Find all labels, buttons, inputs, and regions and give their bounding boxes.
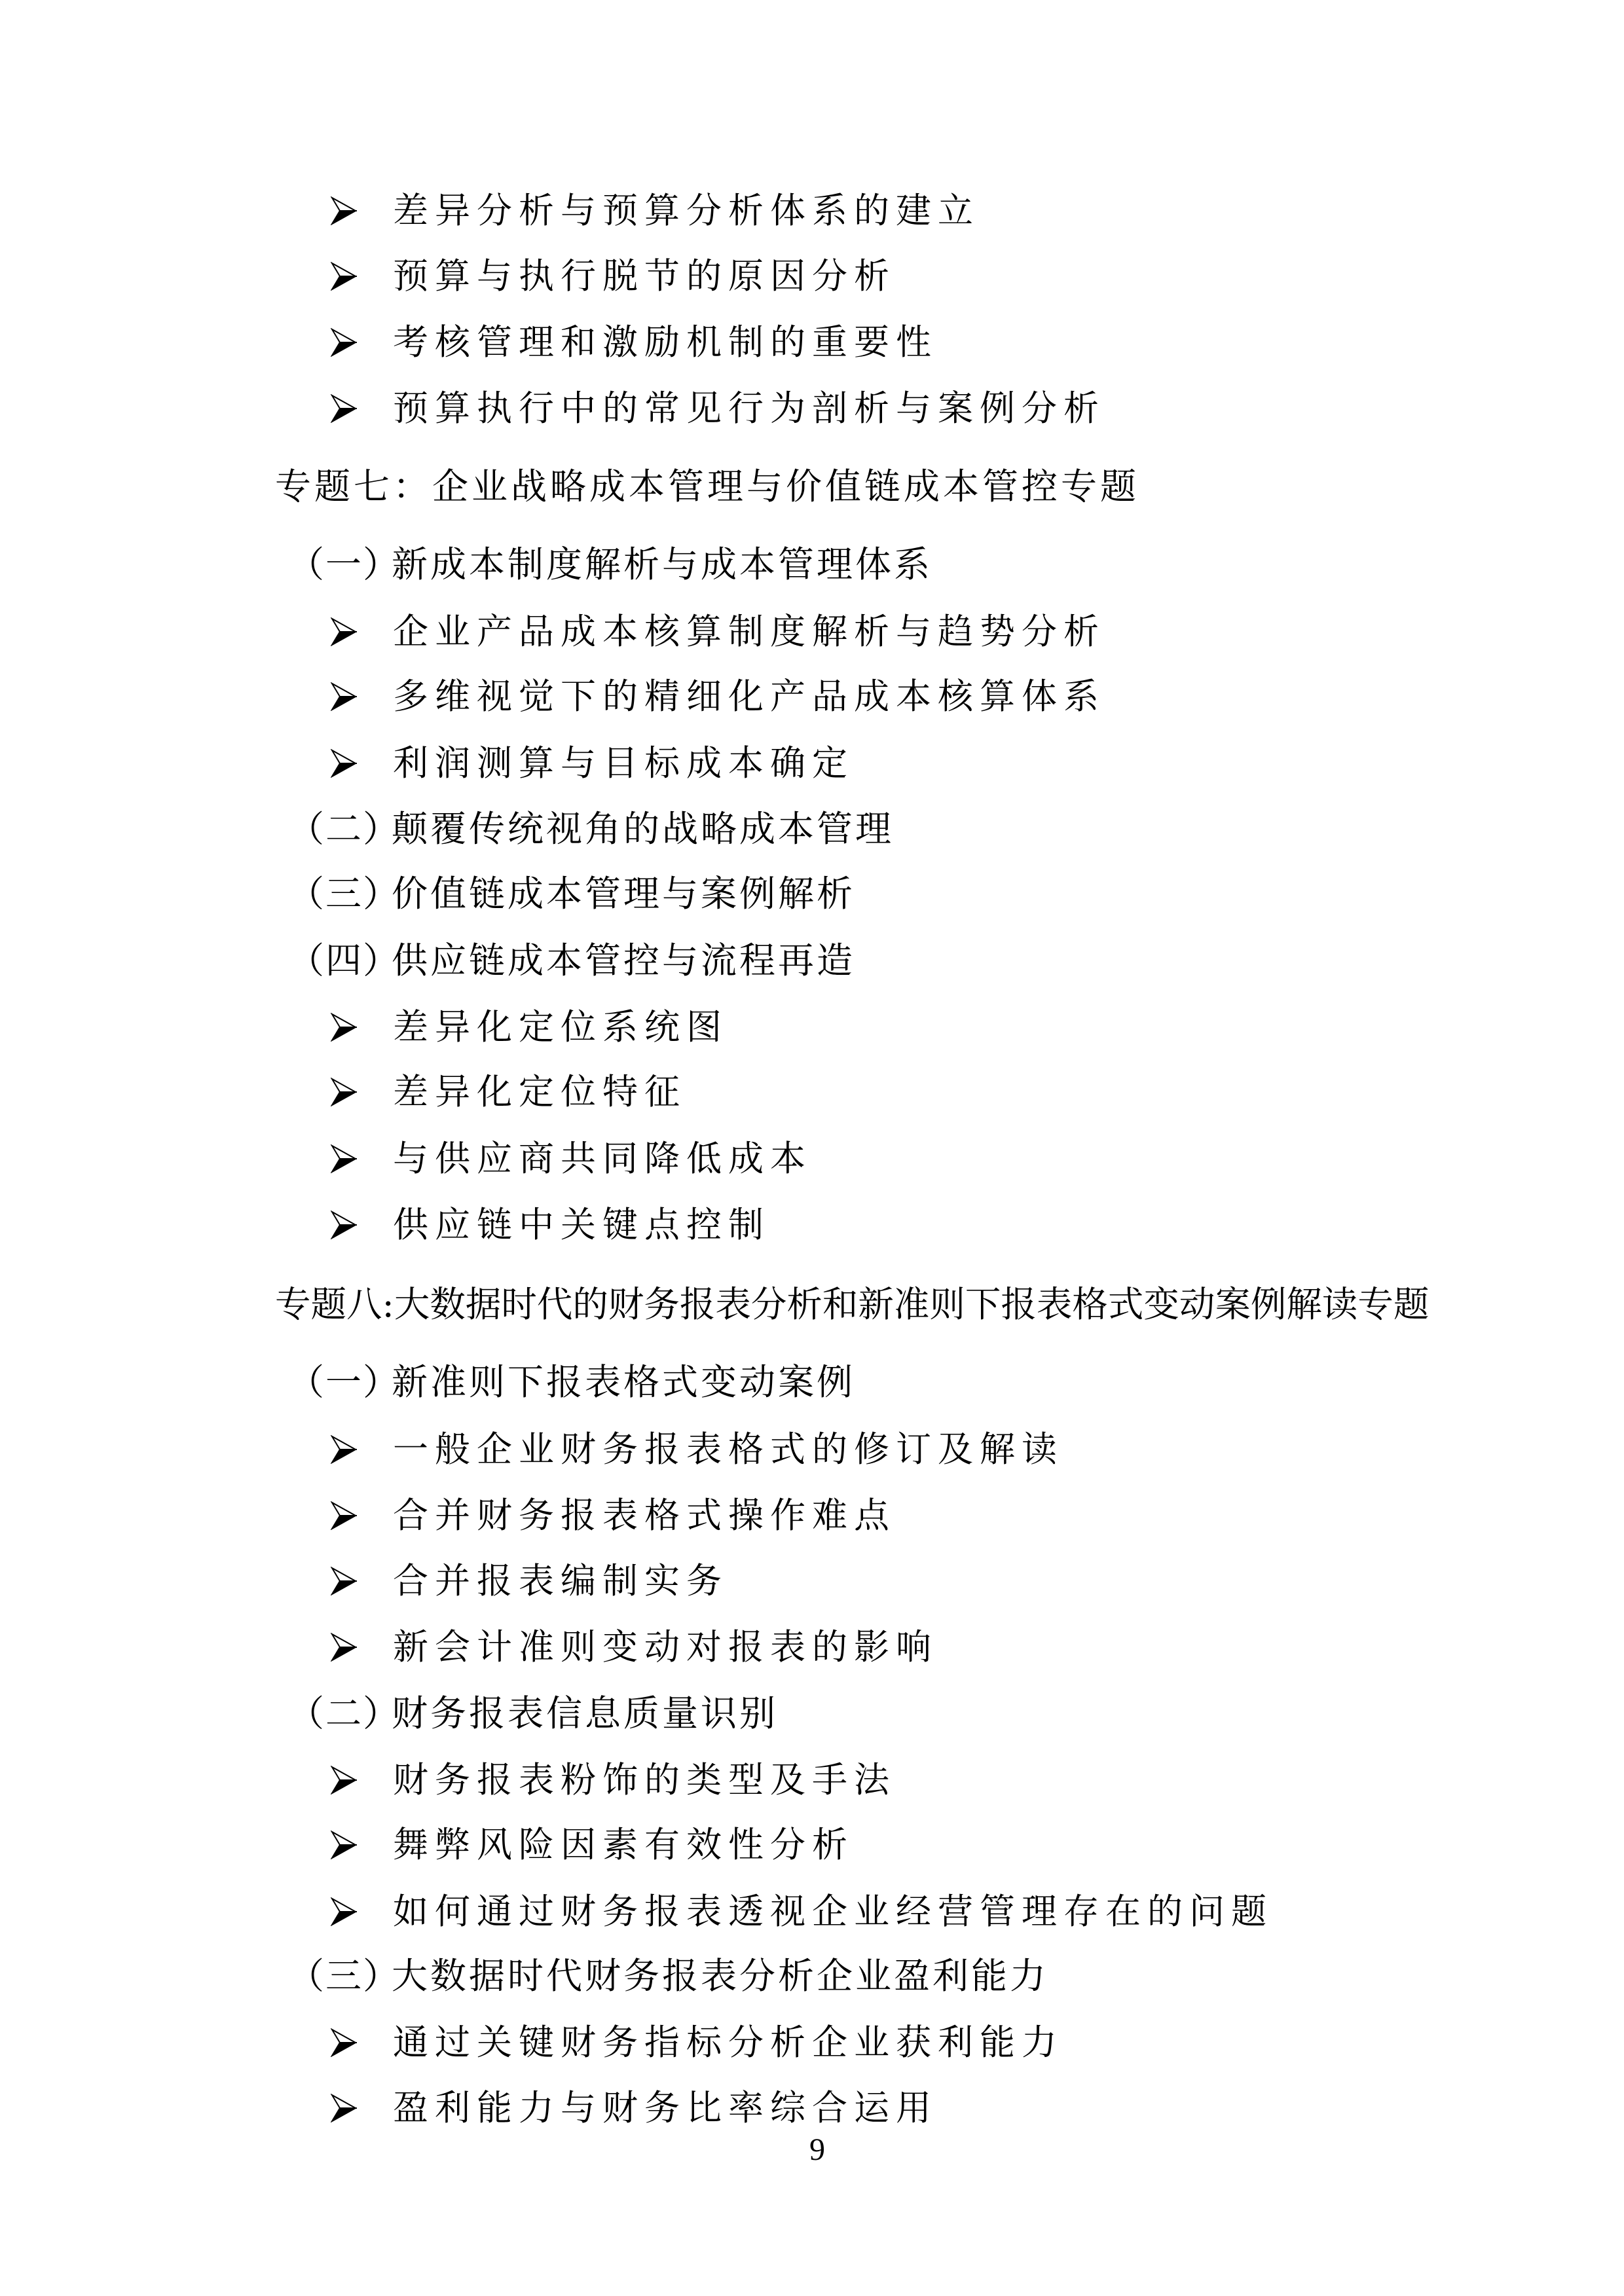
- arrow-bullet-icon: [331, 1435, 357, 1464]
- arrow-bullet-icon: [331, 196, 357, 225]
- arrow-bullet-icon: [331, 617, 357, 646]
- arrow-bullet-icon: [331, 749, 357, 778]
- section-number: （二）: [288, 1696, 400, 1732]
- section-number: （二）: [288, 811, 400, 847]
- arrow-bullet-icon: [331, 1633, 357, 1662]
- arrow-bullet-icon: [331, 328, 357, 357]
- arrow-bullet-icon: [331, 1078, 357, 1106]
- bullet-text: 多维视觉下的精细化产品成本核算体系: [393, 679, 1105, 714]
- arrow-bullet-icon: [331, 1144, 357, 1173]
- bullet-text: 利润测算与目标成本确定: [393, 746, 854, 781]
- section-heading-text: 供应链成本管控与流程再造: [392, 943, 855, 979]
- bullet-text: 财务报表粉饰的类型及手法: [393, 1762, 896, 1798]
- bullet-text: 企业产品成本核算制度解析与趋势分析: [393, 614, 1105, 649]
- arrow-bullet-icon: [331, 1501, 357, 1530]
- arrow-bullet-icon: [331, 1567, 357, 1595]
- section-number: （三）: [288, 1958, 400, 1994]
- bullet-text: 一般企业财务报表格式的修订及解读: [393, 1432, 1063, 1467]
- arrow-bullet-icon: [331, 1013, 357, 1042]
- section-number: （一）: [288, 547, 400, 583]
- section-number: （一）: [288, 1364, 400, 1400]
- bullet-text: 预算与执行脱节的原因分析: [393, 259, 896, 294]
- arrow-bullet-icon: [331, 2028, 357, 2057]
- bullet-text: 如何通过财务报表透视企业经营管理存在的问题: [393, 1894, 1273, 1929]
- section-heading-text: 新准则下报表格式变动案例: [392, 1364, 855, 1400]
- section-number: （三）: [288, 876, 400, 912]
- bullet-text: 舞弊风险因素有效性分析: [393, 1827, 854, 1863]
- bullet-text: 盈利能力与财务比率综合运用: [393, 2090, 938, 2126]
- topic-heading-text: 专题八:大数据时代的财务报表分析和新准则下报表格式变动案例解读专题: [275, 1286, 1429, 1322]
- section-heading-text: 大数据时代财务报表分析企业盈利能力: [392, 1958, 1048, 1994]
- section-heading-text: 新成本制度解析与成本管理体系: [392, 547, 932, 583]
- bullet-text: 供应链中关键点控制: [393, 1207, 770, 1243]
- arrow-bullet-icon: [331, 682, 357, 711]
- section-heading-text: 价值链成本管理与案例解析: [392, 876, 855, 912]
- section-number: （四）: [288, 943, 400, 979]
- bullet-text: 预算执行中的常见行为剖析与案例分析: [393, 391, 1105, 426]
- bullet-text: 新会计准则变动对报表的影响: [393, 1630, 938, 1665]
- section-heading-text: 财务报表信息质量识别: [392, 1696, 778, 1732]
- bullet-text: 合并报表编制实务: [393, 1563, 728, 1599]
- arrow-bullet-icon: [331, 1211, 357, 1239]
- bullet-text: 差异化定位特征: [393, 1074, 686, 1110]
- bullet-text: 差异化定位系统图: [393, 1010, 728, 1045]
- section-heading-text: 颠覆传统视角的战略成本管理: [392, 811, 894, 847]
- bullet-text: 合并财务报表格式操作难点: [393, 1498, 896, 1533]
- page-number: 9: [809, 2132, 825, 2168]
- bullet-text: 与供应商共同降低成本: [393, 1141, 812, 1176]
- topic-heading-text: 专题七：企业战略成本管理与价值链成本管控专题: [275, 469, 1139, 505]
- arrow-bullet-icon: [331, 1766, 357, 1795]
- bullet-text: 考核管理和激励机制的重要性: [393, 325, 938, 360]
- arrow-bullet-icon: [331, 2094, 357, 2123]
- arrow-bullet-icon: [331, 1897, 357, 1926]
- arrow-bullet-icon: [331, 394, 357, 423]
- bullet-text: 差异分析与预算分析体系的建立: [393, 193, 980, 228]
- arrow-bullet-icon: [331, 262, 357, 291]
- bullet-text: 通过关键财务指标分析企业获利能力: [393, 2025, 1063, 2060]
- arrow-bullet-icon: [331, 1831, 357, 1859]
